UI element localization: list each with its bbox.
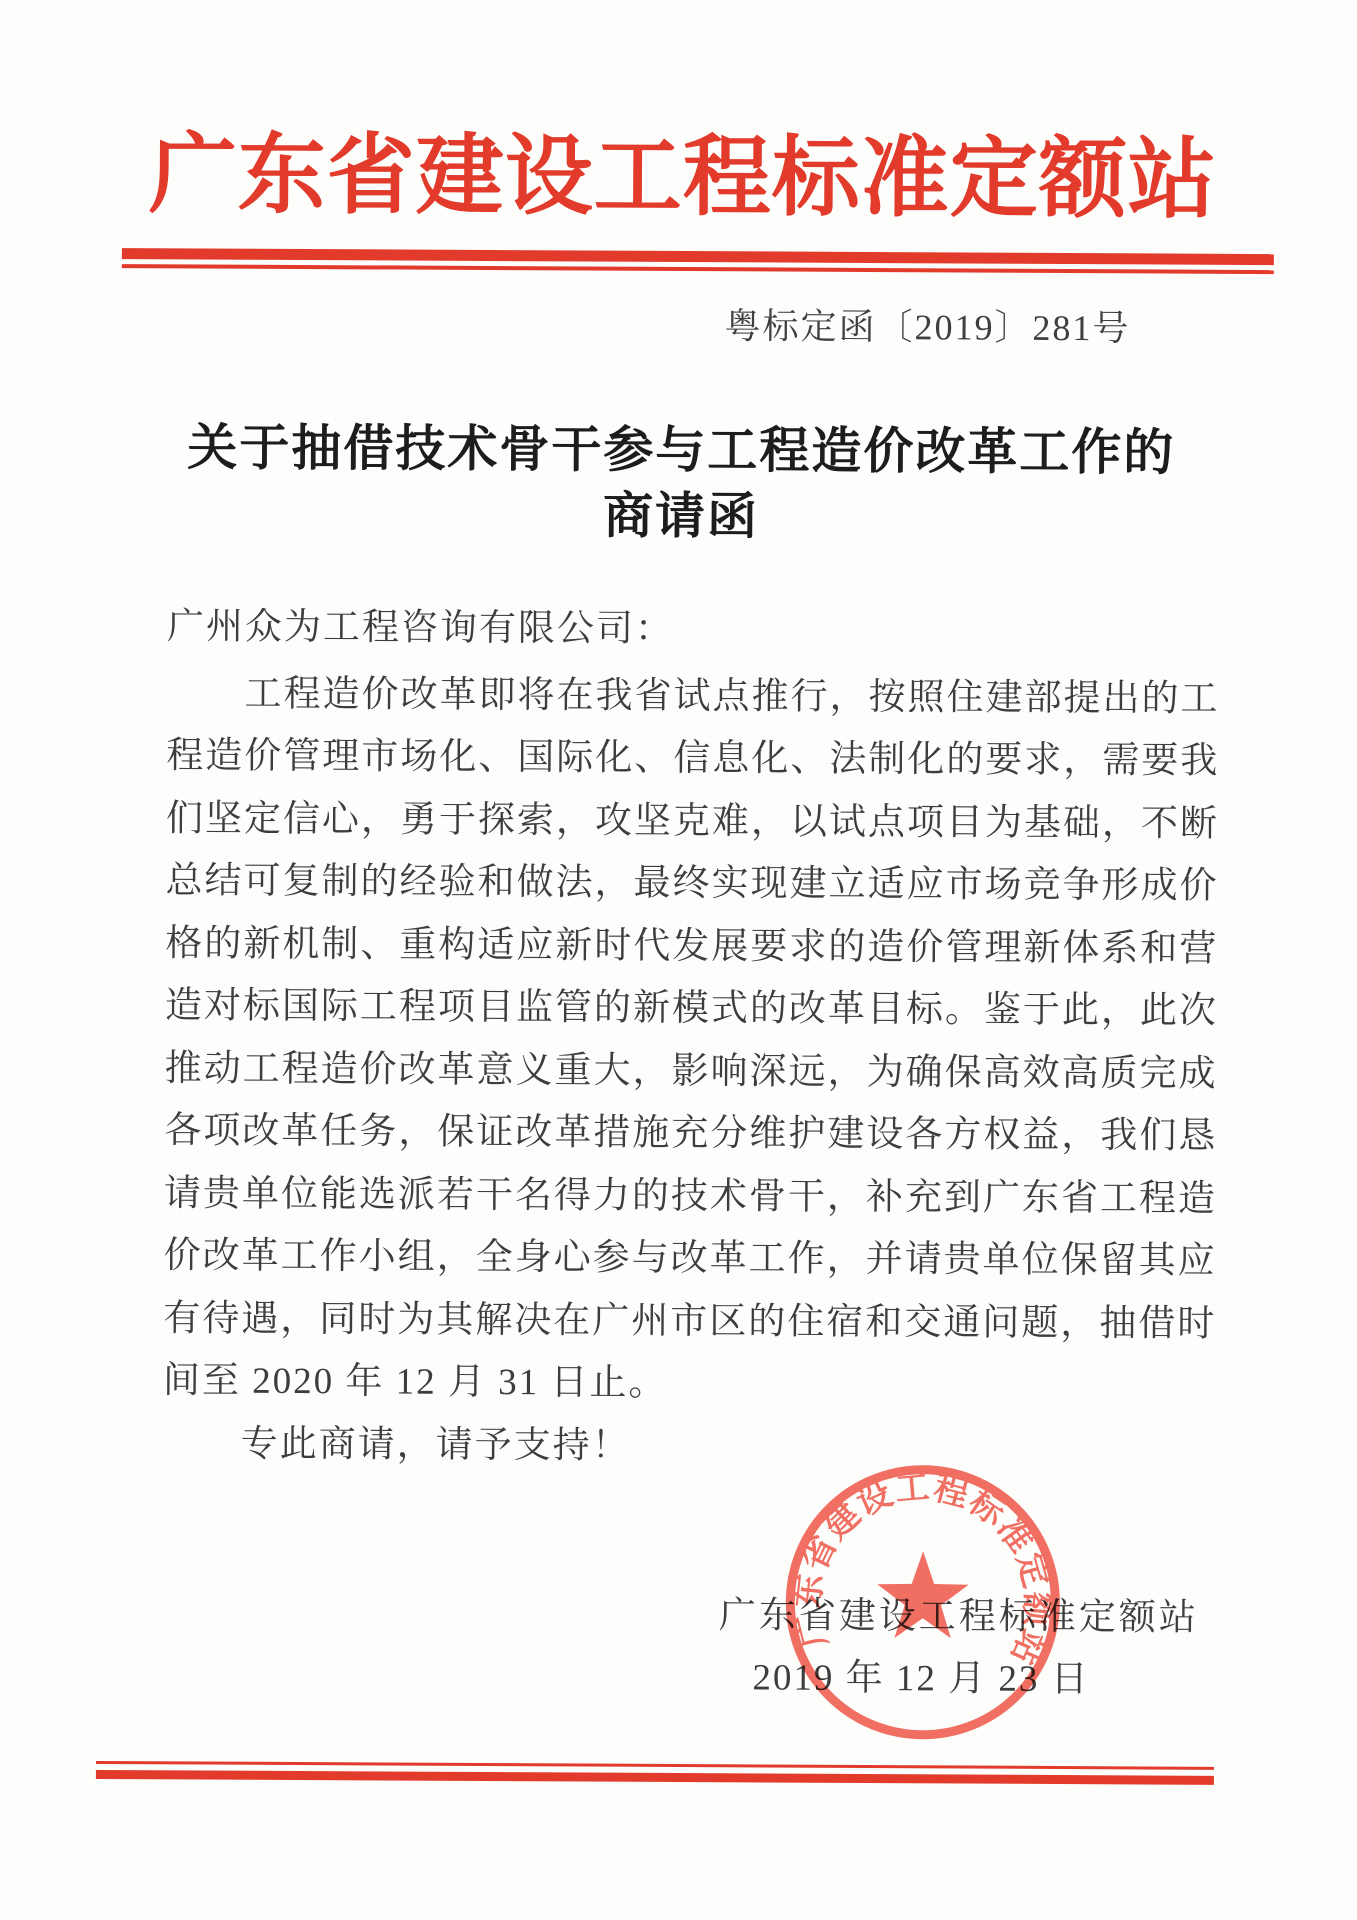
footer-rule-thin — [96, 1761, 1214, 1770]
body-line: 请贵单位能选派若干名得力的技术骨干，补充到广东省工程造 — [164, 1172, 1244, 1222]
document-title-line2: 商请函 — [2, 472, 1357, 551]
header-rule-thick — [122, 248, 1274, 265]
document-number: 粤标定函〔2019〕281号 — [3, 294, 1130, 351]
body-line: 有待遇，同时为其解决在广州市区的住宿和交通问题，抽借时 — [163, 1297, 1243, 1347]
star-icon — [877, 1551, 969, 1638]
body-line: 们坚定信心，勇于探索，攻坚克难，以试点项目为基础，不断 — [166, 797, 1246, 847]
footer-rule-thick — [96, 1770, 1214, 1785]
body-line: 价改革工作小组，全身心参与改革工作，并请贵单位保留其应 — [164, 1234, 1244, 1284]
body-line: 格的新机制、重构适应新时代发展要求的造价管理新体系和营 — [165, 922, 1245, 972]
body-line: 造对标国际工程项目监管的新模式的改革目标。鉴于此，此次 — [165, 984, 1245, 1034]
body-line: 推动工程造价改革意义重大，影响深远，为确保高效高质完成 — [165, 1047, 1245, 1097]
closing-line: 专此商请，请予支持！ — [163, 1422, 1321, 1472]
body-line: 工程造价改革即将在我省试点推行，按照住建部提出的工 — [166, 672, 1324, 722]
scan-content: 广东省建设工程标准定额站 粤标定函〔2019〕281号 关于抽借技术骨干参与工程… — [0, 0, 1357, 1920]
header-rule-thin — [122, 264, 1274, 274]
scanned-letter-page: 广东省建设工程标准定额站 粤标定函〔2019〕281号 关于抽借技术骨干参与工程… — [0, 0, 1357, 1920]
salutation: 广州众为工程咨询有限公司： — [167, 605, 1247, 655]
letterhead-title: 广东省建设工程标准定额站 — [4, 124, 1357, 232]
body-line: 总结可复制的经验和做法，最终实现建立适应市场竞争形成价 — [165, 859, 1245, 909]
body-line: 间至 2020 年 12 月 31 日止。 — [163, 1359, 1243, 1409]
body-line: 程造价管理市场化、国际化、信息化、法制化的要求，需要我 — [166, 734, 1246, 784]
body-line: 各项改革任务，保证改革措施充分维护建设各方权益，我们恳 — [164, 1109, 1244, 1159]
official-seal: 广东省建设工程标准定额站 — [777, 1457, 1069, 1749]
